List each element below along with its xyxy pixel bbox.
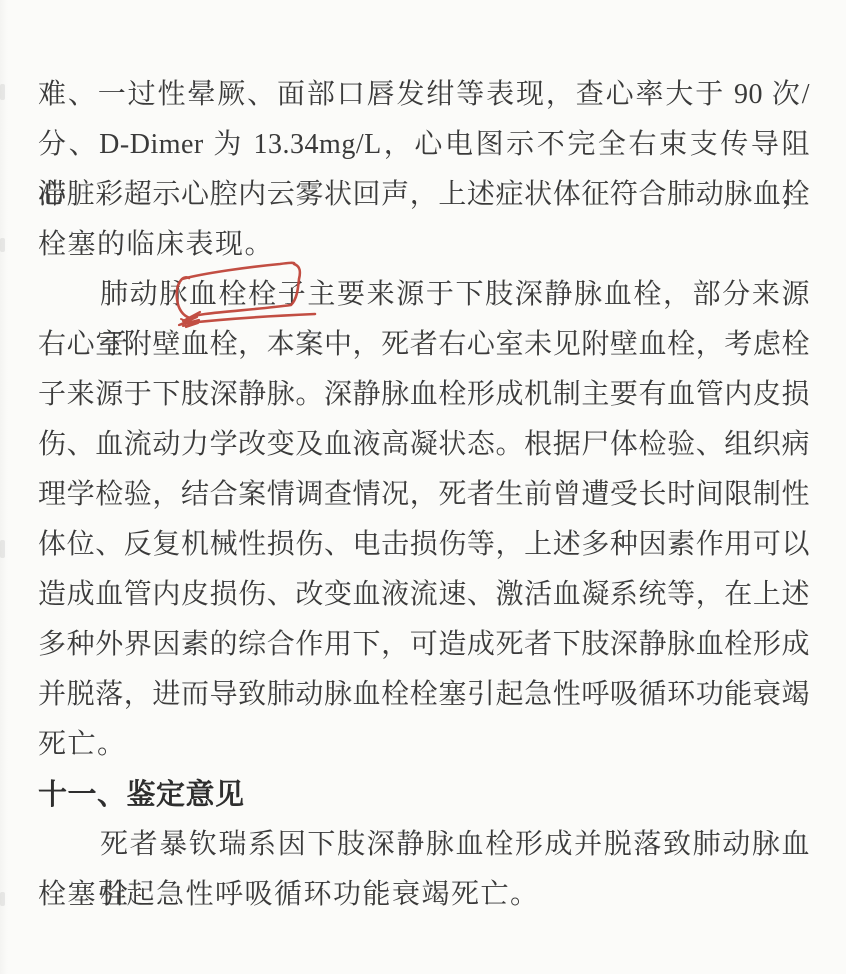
text-line: 栓塞的临床表现。 bbox=[38, 220, 810, 270]
text-line: 理学检验，结合案情调查情况，死者生前曾遭受长时间限制性 bbox=[38, 470, 810, 520]
section-heading: 十一、鉴定意见 bbox=[38, 770, 810, 820]
document-body: 难、一过性晕厥、面部口唇发绀等表现，查心率大于 90 次/ 分、D-Dimer … bbox=[38, 70, 810, 920]
text-line: 并脱落，进而导致肺动脉血栓栓塞引起急性呼吸循环功能衰竭 bbox=[38, 670, 810, 720]
scanned-document-page: 难、一过性晕厥、面部口唇发绀等表现，查心率大于 90 次/ 分、D-Dimer … bbox=[0, 0, 846, 974]
text-line: 体位、反复机械性损伤、电击损伤等，上述多种因素作用可以 bbox=[38, 520, 810, 570]
text-line: 栓塞引起急性呼吸循环功能衰竭死亡。 bbox=[38, 870, 810, 920]
text-line: 多种外界因素的综合作用下，可造成死者下肢深静脉血栓形成 bbox=[38, 620, 810, 670]
text-line: 子来源于下肢深静脉。深静脉血栓形成机制主要有血管内皮损 bbox=[38, 370, 810, 420]
text-line: 造成血管内皮损伤、改变血液流速、激活血凝系统等，在上述 bbox=[38, 570, 810, 620]
scan-edge-artifact bbox=[0, 540, 5, 558]
text-line: 伤、血流动力学改变及血液高凝状态。根据尸体检验、组织病 bbox=[38, 420, 810, 470]
scan-edge-artifact bbox=[0, 84, 5, 100]
text-line-with-annotation: 肺动脉血栓栓子主要来源于下肢深静脉血栓，部分来源于 bbox=[38, 270, 810, 320]
scan-edge-artifact bbox=[0, 238, 5, 252]
text-line: 心脏彩超示心腔内云雾状回声，上述症状体征符合肺动脉血栓 bbox=[38, 170, 810, 220]
text-run: 肺动脉 bbox=[100, 279, 189, 310]
text-line: 死者暴钦瑞系因下肢深静脉血栓形成并脱落致肺动脉血栓 bbox=[38, 820, 810, 870]
text-line: 难、一过性晕厥、面部口唇发绀等表现，查心率大于 90 次/ bbox=[38, 70, 810, 120]
scan-edge-artifact bbox=[0, 892, 5, 906]
circled-text: 血栓栓子 bbox=[189, 279, 308, 310]
text-line: 死亡。 bbox=[38, 720, 810, 770]
text-line: 右心室附壁血栓，本案中，死者右心室未见附壁血栓，考虑栓 bbox=[38, 320, 810, 370]
text-line: 分、D-Dimer 为 13.34mg/L，心电图示不完全右束支传导阻滞， bbox=[38, 120, 810, 170]
